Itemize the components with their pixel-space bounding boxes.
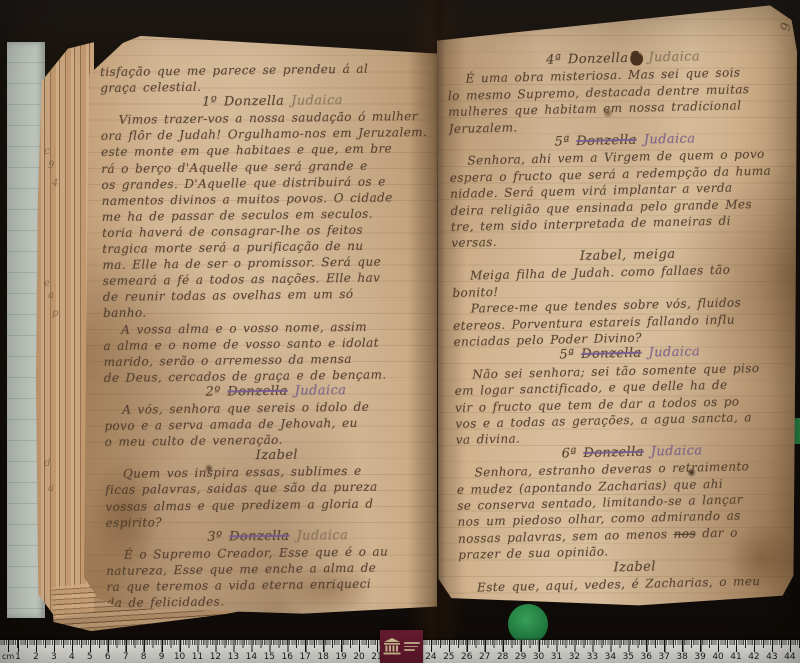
ruler-number: 32 <box>569 652 580 662</box>
left-page-text: tisfação que me parece se prendeu á algr… <box>100 60 451 611</box>
stamp-text-lines <box>404 642 420 651</box>
ruler-number: 38 <box>676 652 687 662</box>
ruler-number: 13 <box>228 652 239 662</box>
ruler-number: 11 <box>192 652 203 662</box>
margin-fragment: e <box>44 278 50 289</box>
ruler-number: 40 <box>712 652 723 662</box>
ruler-number: 15 <box>264 652 275 662</box>
ruler-number: 24 <box>425 652 436 662</box>
ruler-number: 1 <box>15 652 21 662</box>
ruler-number: 18 <box>317 652 328 662</box>
margin-fragment: 9 <box>48 160 54 171</box>
ruler-number: 16 <box>282 652 293 662</box>
ruler-number: 31 <box>551 652 562 662</box>
ruler-number: 34 <box>605 652 616 662</box>
ruler-number: 43 <box>766 652 777 662</box>
margin-fragment: d <box>44 458 50 469</box>
left-page: tisfação que me parece se prendeu á algr… <box>84 24 437 616</box>
museum-building-icon <box>383 638 401 655</box>
ruler-number: 4 <box>69 652 75 662</box>
page-number: 6 <box>776 21 792 32</box>
ruler-number: 14 <box>246 652 257 662</box>
ruler-number: 29 <box>515 652 526 662</box>
margin-fragment: p <box>52 308 58 319</box>
right-page: 6 4ª DonzellaJudaicaÉ uma obra misterios… <box>437 3 797 609</box>
ruler-number: 30 <box>533 652 544 662</box>
ruler-number: 20 <box>353 652 364 662</box>
margin-fragment: a <box>48 290 54 301</box>
margin-fragment: 4 <box>52 178 58 189</box>
ruler-number: 8 <box>141 652 147 662</box>
ruler-number: 37 <box>658 652 669 662</box>
manuscript-line: da de felicidades. <box>106 591 450 611</box>
ruler-number: 10 <box>174 652 185 662</box>
manuscript-photo: c94eapda tisfação que me parece se prend… <box>0 0 800 663</box>
ruler-number: 27 <box>479 652 490 662</box>
ruler-number: 5 <box>87 652 93 662</box>
ruler-number: 26 <box>461 652 472 662</box>
ruler-number: 39 <box>694 652 705 662</box>
green-marker-dot <box>508 604 548 644</box>
ink-blot-icon <box>630 51 643 66</box>
ruler-number: 44 <box>784 652 795 662</box>
ruler-unit-label: cm <box>2 652 14 661</box>
measuring-ruler: cm 1234567891011121314151617181920212223… <box>0 640 800 663</box>
ruler-number: 12 <box>210 652 221 662</box>
ruler-number: 41 <box>730 652 741 662</box>
ruler-number: 17 <box>299 652 310 662</box>
ruler-number: 33 <box>587 652 598 662</box>
archive-stamp <box>380 630 423 663</box>
ruler-number: 2 <box>33 652 39 662</box>
ruler-number: 6 <box>105 652 111 662</box>
ruler-number: 28 <box>497 652 508 662</box>
ruler-number: 35 <box>623 652 634 662</box>
ruler-number: 19 <box>335 652 346 662</box>
ruler-number: 42 <box>748 652 759 662</box>
ruler-number: 36 <box>641 652 652 662</box>
margin-fragment: c <box>44 146 50 157</box>
ruler-number: 7 <box>123 652 129 662</box>
ruler-number: 25 <box>443 652 454 662</box>
margin-fragment: a <box>48 483 54 494</box>
right-page-text: 4ª DonzellaJudaicaÉ uma obra misteriosa.… <box>447 47 800 596</box>
ruler-number: 3 <box>51 652 57 662</box>
ruler-number: 9 <box>159 652 165 662</box>
